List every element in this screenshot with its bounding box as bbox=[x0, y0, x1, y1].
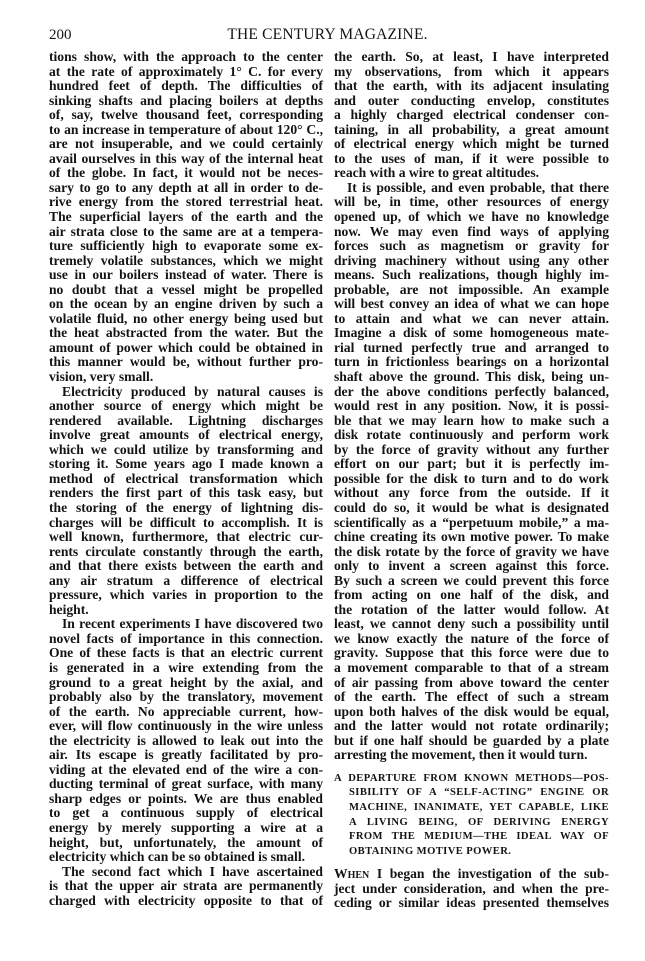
text-line: reach with a wire to great altitudes. bbox=[334, 166, 609, 181]
text-line: is generated in a wire extending from th… bbox=[49, 661, 323, 676]
text-line: A DEPARTURE FROM KNOWN METHODS—POS- bbox=[334, 772, 609, 787]
text-line: will best convey an idea of what we can … bbox=[334, 297, 609, 312]
text-line: air strata close to the same are at a te… bbox=[49, 225, 323, 240]
text-line: use in our boilers instead of water. The… bbox=[49, 268, 323, 283]
text-line: ground to a great height by the axial, a… bbox=[49, 676, 323, 691]
text-line: which we could utilize by transforming a… bbox=[49, 443, 323, 458]
text-line: we know exactly the nature of the force … bbox=[334, 632, 609, 647]
text-line: that the earth, with its adjacent insula… bbox=[334, 79, 609, 94]
text-line: shaft above the ground. This disk, being… bbox=[334, 370, 609, 385]
text-line: probably also by the translatory, moveme… bbox=[49, 690, 323, 705]
text-line: The second fact which I have ascertained bbox=[49, 865, 323, 880]
text-line: from acting on one half of the disk, and bbox=[334, 588, 609, 603]
text-line: ceding or similar ideas presented themse… bbox=[334, 896, 609, 911]
text-line: rendered available. Lightning discharges bbox=[49, 414, 323, 429]
text-line: driving machinery without using any othe… bbox=[334, 254, 609, 269]
text-line: of the earth. No appreciable current, ho… bbox=[49, 705, 323, 720]
text-line: sinking shafts and placing boilers at de… bbox=[49, 94, 323, 109]
text-line: by the force of gravity without any furt… bbox=[334, 443, 609, 458]
text-line: ever, will flow continuously in the wire… bbox=[49, 719, 323, 734]
text-line: rents circulate constantly through the e… bbox=[49, 545, 323, 560]
text-line: One of these facts is that an electric c… bbox=[49, 646, 323, 661]
text-line: possible for the disk to turn and to do … bbox=[334, 472, 609, 487]
text-line: and that there exists between the earth … bbox=[49, 559, 323, 574]
text-line: of electrical energy which might be turn… bbox=[334, 137, 609, 152]
text-line: ture sufficiently high to evaporate some… bbox=[49, 239, 323, 254]
section-heading: A DEPARTURE FROM KNOWN METHODS—POS-SIBIL… bbox=[334, 772, 609, 860]
text-line: means. Such realizations, though highly … bbox=[334, 268, 609, 283]
text-line: opened up, of which we have no knowledge bbox=[334, 210, 609, 225]
text-line: In recent experiments I have discovered … bbox=[49, 617, 323, 632]
text-line: It is possible, and even probable, that … bbox=[334, 181, 609, 196]
text-line: height, but, unfortunately, the amount o… bbox=[49, 836, 323, 851]
text-line: without any force from the outside. If i… bbox=[334, 486, 609, 501]
text-line: method of electrical transformation whic… bbox=[49, 472, 323, 487]
text-line: probable, are not impossible. An example bbox=[334, 283, 609, 298]
text-line: but if one half should be guarded by a p… bbox=[334, 734, 609, 749]
text-line: ble that we may learn how to make such a bbox=[334, 414, 609, 429]
text-line: sary to go to any depth at all in order … bbox=[49, 181, 323, 196]
text-line: at the rate of approximately 1° C. for e… bbox=[49, 65, 323, 80]
text-line: pressure, which varies in proportion to … bbox=[49, 588, 323, 603]
text-line: to get a continuous supply of electrical bbox=[49, 806, 323, 821]
text-line: effort on our part; but it is perfectly … bbox=[334, 457, 609, 472]
first-line-rest: I began the investigation of the sub- bbox=[369, 866, 609, 881]
text-line: sharp edges or points. We are thus enabl… bbox=[49, 792, 323, 807]
text-line: tremely volatile substances, which we mi… bbox=[49, 254, 323, 269]
text-line: avail ourselves in this way of the inter… bbox=[49, 152, 323, 167]
text-line: rive energy from the stored terrestrial … bbox=[49, 195, 323, 210]
text-line: storing it. Some years ago I made known … bbox=[49, 457, 323, 472]
text-line: By such a screen we could prevent this f… bbox=[334, 574, 609, 589]
text-line: a movement comparable to that of a strea… bbox=[334, 661, 609, 676]
text-line: novel facts of importance in this connec… bbox=[49, 632, 323, 647]
text-line: only to invent a screen against this for… bbox=[334, 559, 609, 574]
dropcap-word: When bbox=[334, 866, 369, 881]
text-line: A LIVING BEING, OF DERIVING ENERGY bbox=[334, 816, 609, 831]
text-line: would rest in any position. Now, it is p… bbox=[334, 399, 609, 414]
text-line: no doubt that a vessel might be propelle… bbox=[49, 283, 323, 298]
text-line: turn in frictionless bearings on a horiz… bbox=[334, 355, 609, 370]
text-line: Electricity produced by natural causes i… bbox=[49, 385, 323, 400]
text-line: and outer conducting envelop, constitute… bbox=[334, 94, 609, 109]
text-line: is that the upper air strata are permane… bbox=[49, 879, 323, 894]
text-line: Imagine a disk of some homogeneous mate- bbox=[334, 326, 609, 341]
text-line: renders the first part of this task easy… bbox=[49, 486, 323, 501]
text-line: involve great amounts of electrical ener… bbox=[49, 428, 323, 443]
text-line: charges will be difficult to accomplish.… bbox=[49, 516, 323, 531]
text-line: the heat abstracted from the water. But … bbox=[49, 326, 323, 341]
text-line: arresting the movement, then it would tu… bbox=[334, 748, 609, 763]
text-line: FROM THE MEDIUM—THE IDEAL WAY OF bbox=[334, 830, 609, 845]
section-opening-paragraph: When I began the investigation of the su… bbox=[334, 867, 609, 911]
text-line: another source of energy which might be bbox=[49, 399, 323, 414]
text-line: the disk rotate by the force of gravity … bbox=[334, 545, 609, 560]
text-line: are not insuperable, and we could certai… bbox=[49, 137, 323, 152]
text-line: to attain and what we can never attain. bbox=[334, 312, 609, 327]
text-line: the earth. So, at least, I have interpre… bbox=[334, 50, 609, 65]
text-line: taining, in all probability, a great amo… bbox=[334, 123, 609, 138]
text-line: scientifically as a “perpetuum mobile,” … bbox=[334, 516, 609, 531]
text-line: charged with electricity opposite to tha… bbox=[49, 894, 323, 909]
text-line: of the globe. In fact, it would not be n… bbox=[49, 166, 323, 181]
text-line: viding at the elevated end of the wire a… bbox=[49, 763, 323, 778]
text-line: will be, in time, other resources of ene… bbox=[334, 195, 609, 210]
text-line: any air stratum a difference of electric… bbox=[49, 574, 323, 589]
text-line: to an increase in temperature of about 1… bbox=[49, 123, 323, 138]
text-line: gravity. Suppose that this force were du… bbox=[334, 646, 609, 661]
text-line: a highly charged electrical condenser co… bbox=[334, 108, 609, 123]
text-line: amount of power which could be obtained … bbox=[49, 341, 323, 356]
text-line: tions show, with the approach to the cen… bbox=[49, 50, 323, 65]
text-line: my observations, from which it appears bbox=[334, 65, 609, 80]
text-line: of, say, twelve thousand feet, correspon… bbox=[49, 108, 323, 123]
text-line: and the latter would not rotate ordinari… bbox=[334, 719, 609, 734]
text-line: now. We may even find ways of applying bbox=[334, 225, 609, 240]
text-line: of the earth. The effect of such a strea… bbox=[334, 690, 609, 705]
text-line: When I began the investigation of the su… bbox=[334, 867, 609, 882]
text-line: height. bbox=[49, 603, 323, 618]
text-line: volatile fluid, no other energy being us… bbox=[49, 312, 323, 327]
text-line: OBTAINING MOTIVE POWER. bbox=[334, 845, 609, 860]
text-line: the rotation of the latter would follow.… bbox=[334, 603, 609, 618]
text-line: air. Its escape is greatly facilitated b… bbox=[49, 748, 323, 763]
text-line: der the above conditions perfectly balan… bbox=[334, 385, 609, 400]
text-line: of air passing from above toward the cen… bbox=[334, 676, 609, 691]
text-line: electricity which can be so obtained is … bbox=[49, 850, 323, 865]
right-column: the earth. So, at least, I have interpre… bbox=[334, 50, 609, 911]
text-line: energy by merely supporting a wire at a bbox=[49, 821, 323, 836]
text-line: SIBILITY OF A “SELF-ACTING” ENGINE OR bbox=[334, 786, 609, 801]
text-line: forces such as magnetism or gravity for bbox=[334, 239, 609, 254]
text-line: ject under consideration, and when the p… bbox=[334, 882, 609, 897]
text-line: ducting terminal of great surface, with … bbox=[49, 777, 323, 792]
text-line: on the ocean by an engine driven by such… bbox=[49, 297, 323, 312]
text-line: upon both halves of the disk would be eq… bbox=[334, 705, 609, 720]
text-line: hundred feet of depth. The difficulties … bbox=[49, 79, 323, 94]
right-column-body: the earth. So, at least, I have interpre… bbox=[334, 50, 609, 763]
text-line: to the uses of man, if it were possible … bbox=[334, 152, 609, 167]
text-line: well known, furthermore, that electric c… bbox=[49, 530, 323, 545]
text-line: this manner would be, without further pr… bbox=[49, 355, 323, 370]
text-line: the storing of the energy of lightning d… bbox=[49, 501, 323, 516]
left-column: tions show, with the approach to the cen… bbox=[49, 50, 323, 908]
text-line: The superficial layers of the earth and … bbox=[49, 210, 323, 225]
text-line: least, we cannot deny such a possibility… bbox=[334, 617, 609, 632]
running-title: THE CENTURY MAGAZINE. bbox=[0, 27, 645, 43]
text-line: vision, very small. bbox=[49, 370, 323, 385]
text-line: disk rotate continuously and perform wor… bbox=[334, 428, 609, 443]
text-line: rial turned perfectly true and arranged … bbox=[334, 341, 609, 356]
text-line: the electricity is allowed to leak out i… bbox=[49, 734, 323, 749]
text-line: could do so, it would be what is designa… bbox=[334, 501, 609, 516]
text-line: MACHINE, INANIMATE, YET CAPABLE, LIKE bbox=[334, 801, 609, 816]
text-line: chine creating its own motive power. To … bbox=[334, 530, 609, 545]
